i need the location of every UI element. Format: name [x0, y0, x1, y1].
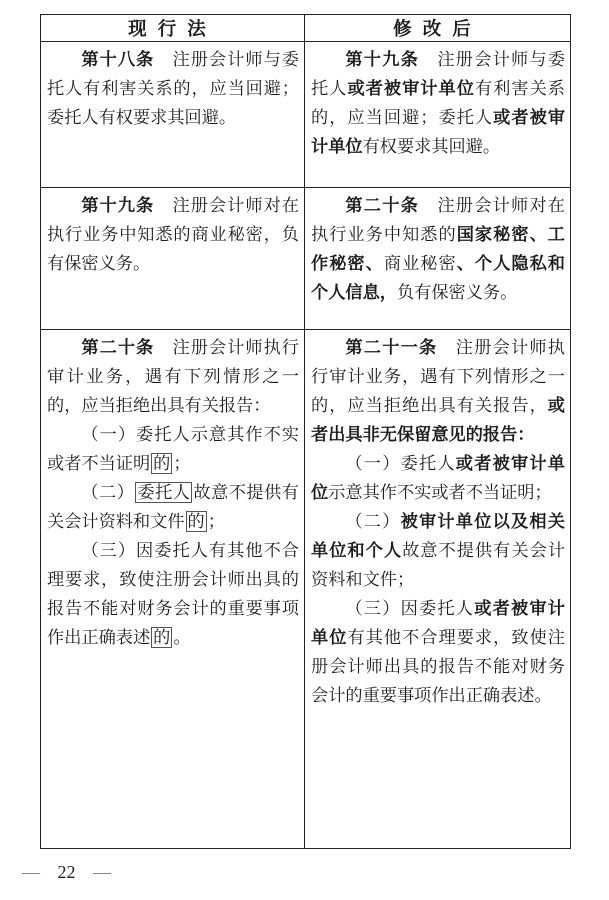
text-segment: ；	[208, 512, 225, 531]
text-segment: 商业秘密	[384, 254, 457, 273]
text-segment: （二）	[81, 483, 134, 502]
paragraph: 第二十条 注册会计师执行审计业务，遇有下列情形之一的，应当拒绝出具有关报告：	[47, 333, 299, 420]
column-header-revised: 修改后	[305, 15, 571, 42]
deleted-text-boxed: 的	[151, 627, 172, 648]
text-segment: （三）因委托人	[345, 599, 474, 618]
deleted-text-boxed: 委托人	[135, 482, 192, 503]
text-segment: 示意其作不实或者不当证明；	[328, 483, 551, 502]
text-segment: 有其他不合理要求，致使注册会计师出具的报告不能对财务会计的重要事项作出正确表述。	[311, 628, 565, 705]
inserted-text: 第十八条	[81, 49, 154, 69]
cell-revised: 第二十条 注册会计师对在执行业务中知悉的国家秘密、工作秘密、商业秘密、个人隐私和…	[305, 188, 571, 330]
document-page: 现行法 修改后 第十八条 注册会计师与委托人有利害关系的，应当回避；委托人有权要…	[0, 0, 609, 900]
inserted-text: 第十九条	[81, 195, 154, 215]
paragraph: 第十九条 注册会计师对在执行业务中知悉的商业秘密，负有保密义务。	[47, 191, 299, 278]
table-row: 第十九条 注册会计师对在执行业务中知悉的商业秘密，负有保密义务。第二十条 注册会…	[41, 188, 571, 330]
law-comparison-table: 现行法 修改后 第十八条 注册会计师与委托人有利害关系的，应当回避；委托人有权要…	[40, 14, 571, 849]
text-segment: 有权要求其回避。	[363, 137, 501, 156]
deleted-text-boxed: 的	[186, 511, 207, 532]
text-segment: ；	[173, 454, 190, 473]
text-segment: 负有保密义务。	[397, 283, 517, 302]
table-header: 现行法 修改后	[41, 15, 571, 42]
inserted-text: 或者被审计单位	[347, 78, 475, 98]
text-segment: （一）委托人	[345, 454, 455, 473]
paragraph: 第十九条 注册会计师与委托人或者被审计单位有利害关系的，应当回避；委托人或者被审…	[311, 45, 565, 161]
paragraph: （二）委托人故意不提供有关会计资料和文件的；	[47, 478, 299, 536]
paragraph: 第二十一条 注册会计师执行审计业务，遇有下列情形之一的，应当拒绝出具有关报告，或…	[311, 333, 565, 449]
paragraph: （一）委托人示意其作不实或者不当证明的；	[47, 420, 299, 478]
text-segment: （二）	[345, 512, 400, 531]
footer-dash-right: —	[93, 862, 111, 882]
cell-current-law: 第十九条 注册会计师对在执行业务中知悉的商业秘密，负有保密义务。	[41, 188, 305, 330]
cell-revised: 第二十一条 注册会计师执行审计业务，遇有下列情形之一的，应当拒绝出具有关报告，或…	[305, 330, 571, 849]
inserted-text: 第十九条	[345, 49, 419, 69]
column-header-current-law: 现行法	[41, 15, 305, 42]
table-body: 第十八条 注册会计师与委托人有利害关系的，应当回避；委托人有权要求其回避。第十九…	[41, 42, 571, 849]
paragraph: 第二十条 注册会计师对在执行业务中知悉的国家秘密、工作秘密、商业秘密、个人隐私和…	[311, 191, 565, 307]
page-footer: — 22 —	[22, 862, 111, 883]
table-row: 第二十条 注册会计师执行审计业务，遇有下列情形之一的，应当拒绝出具有关报告：（一…	[41, 330, 571, 849]
inserted-text: 第二十一条	[345, 337, 437, 357]
cell-revised: 第十九条 注册会计师与委托人或者被审计单位有利害关系的，应当回避；委托人或者被审…	[305, 42, 571, 188]
header-row: 现行法 修改后	[41, 15, 571, 42]
text-segment: 。	[173, 628, 190, 647]
table-row: 第十八条 注册会计师与委托人有利害关系的，应当回避；委托人有权要求其回避。第十九…	[41, 42, 571, 188]
cell-current-law: 第二十条 注册会计师执行审计业务，遇有下列情形之一的，应当拒绝出具有关报告：（一…	[41, 330, 305, 849]
inserted-text: 第二十条	[345, 195, 419, 215]
paragraph: （三）因委托人或者被审计单位有其他不合理要求，致使注册会计师出具的报告不能对财务…	[311, 594, 565, 710]
inserted-text: 第二十条	[81, 337, 154, 357]
cell-current-law: 第十八条 注册会计师与委托人有利害关系的，应当回避；委托人有权要求其回避。	[41, 42, 305, 188]
deleted-text-boxed: 的	[151, 453, 172, 474]
paragraph: （一）委托人或者被审计单位示意其作不实或者不当证明；	[311, 449, 565, 507]
footer-dash-left: —	[22, 862, 40, 882]
paragraph: （二）被审计单位以及相关单位和个人故意不提供有关会计资料和文件；	[311, 507, 565, 594]
paragraph: 第十八条 注册会计师与委托人有利害关系的，应当回避；委托人有权要求其回避。	[47, 45, 299, 132]
page-number: 22	[58, 862, 76, 882]
paragraph: （三）因委托人有其他不合理要求，致使注册会计师出具的报告不能对财务会计的重要事项…	[47, 536, 299, 652]
